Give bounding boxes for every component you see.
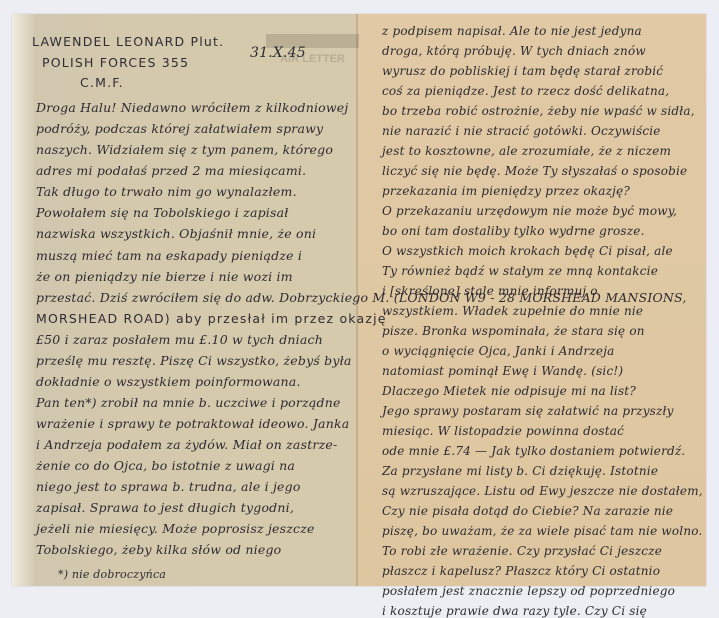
text-line: Za przysłane mi listy b. Ci dziękuję. Is… (382, 464, 658, 478)
text-line: są wzruszające. Listu od Ewy jeszcze nie… (382, 484, 703, 498)
text-line: natomiast pominął Ewę i Wandę. (sic!) (382, 364, 623, 378)
text-line: To robi złe wrażenie. Czy przysłać Ci je… (382, 544, 662, 558)
text-line: dokładnie o wszystkiem poinformowana. (36, 374, 301, 389)
text-line: Tobolskiego, żeby kilka słów od niego (36, 542, 281, 557)
text-line: płaszcz i kapelusz? Płaszcz który Ci ost… (382, 564, 660, 578)
air-letter-stamp: AIR LETTER (260, 30, 365, 110)
text-line: nie narazić i nie stracić gotówki. Oczyw… (382, 124, 661, 138)
text-line: Czy nie pisała dotąd do Ciebie? Na zaraz… (382, 504, 673, 518)
text-line: wszystkiem. Władek zupełnie do mnie nie (382, 304, 643, 318)
text-line: MORSHEAD ROAD) aby przesłał im przez oka… (36, 311, 387, 326)
text-line: Jego sprawy postaram się załatwić na prz… (382, 404, 674, 418)
text-line: wyrusz do pobliskiej i tam będę starał z… (382, 64, 663, 78)
text-line: Powołałem się na Tobolskiego i zapisał (36, 205, 289, 220)
text-line: adres mi podałaś przed 2 ma miesiącami. (36, 163, 306, 178)
text-line: niego jest to sprawa b. trudna, ale i je… (36, 479, 301, 494)
letter-date: 31.X.45 (250, 45, 306, 61)
text-line: O przekazaniu urzędowym nie może być mow… (382, 204, 677, 218)
text-line: liczyć się nie będę. Może Ty słyszałaś o… (382, 164, 687, 178)
text-line: naszych. Widziałem się z tym panem, któr… (36, 142, 333, 157)
text-line: że on pieniądzy nie bierze i nie wozi im (36, 269, 293, 284)
text-line: przekazania im pieniędzy przez okazję? (382, 184, 630, 198)
text-line: z podpisem napisał. Ale to nie jest jedy… (382, 24, 642, 38)
text-line: i Andrzeja podałem za żydów. Miał on zas… (36, 437, 337, 452)
text-line: posłałem jest znacznie lepszy od poprzed… (382, 584, 675, 598)
text-line: O wszystkich moich krokach będę Ci pisał… (382, 244, 673, 258)
text-line: miesiąc. W listopadzie powinna dostać (382, 424, 624, 438)
text-line: Tak długo to trwało nim go wynalazłem. (36, 184, 297, 199)
sender-cmf: C.M.F. (80, 75, 124, 90)
text-line: coś za pieniądze. Jest to rzecz dość del… (382, 84, 669, 98)
text-line: pisze. Bronka wspominała, że stara się o… (382, 324, 645, 338)
text-line: Droga Halu! Niedawno wróciłem z kilkodni… (36, 100, 348, 115)
text-line: droga, którą próbuję. W tych dniach znów (382, 44, 646, 58)
text-line: bo oni tam dostaliby tylko wydrne grosze… (382, 224, 645, 238)
text-line: jeżeli nie miesięcy. Może poprosisz jesz… (36, 521, 315, 536)
text-line: wrażenie i sprawy te potraktował ideowo.… (36, 416, 349, 431)
text-line: £50 i zaraz posłałem mu £.10 w tych dnia… (36, 332, 323, 347)
text-line: ode mnie £.74 — Jak tylko dostaniem potw… (382, 444, 685, 458)
text-line: podróży, podczas której załatwiałem spra… (36, 121, 323, 136)
text-line: bo trzeba robić ostrożnie, żeby nie wpaś… (382, 104, 695, 118)
text-line: piszę, bo uważam, że za wiele pisać tam … (382, 524, 703, 538)
left-edge-strip (12, 14, 34, 586)
text-line: Ty również bądź w stałym ze mną kontakci… (382, 264, 658, 278)
text-line: Dlaczego Mietek nie odpisuje mi na list? (382, 384, 636, 398)
text-line: żenie co do Ojca, bo istotnie z uwagi na (36, 458, 295, 473)
text-line: muszą mieć tam na eskapady pieniądze i (36, 248, 302, 263)
text-line: zapisał. Sprawa to jest długich tygodni, (36, 500, 294, 515)
text-line-struck: i [skreślone] stale mnie informuj o (382, 284, 598, 298)
text-line: o wyciągnięcie Ojca, Janki i Andrzeja (382, 344, 614, 358)
sender-unit: POLISH FORCES 355 (42, 55, 189, 70)
text-line: Pan ten*) zrobił na mnie b. uczciwe i po… (36, 395, 341, 410)
sender-name: LAWENDEL LEONARD Plut. (32, 34, 224, 49)
text-line: prześlę mu resztę. Piszę Ci wszystko, że… (36, 353, 352, 368)
text-line: nazwiska wszystkich. Objaśnił mnie, że o… (36, 226, 316, 241)
footnote: *) nie dobroczyńca (58, 568, 166, 581)
text-line: jest to kosztowne, ale zrozumiałe, że z … (382, 144, 671, 158)
